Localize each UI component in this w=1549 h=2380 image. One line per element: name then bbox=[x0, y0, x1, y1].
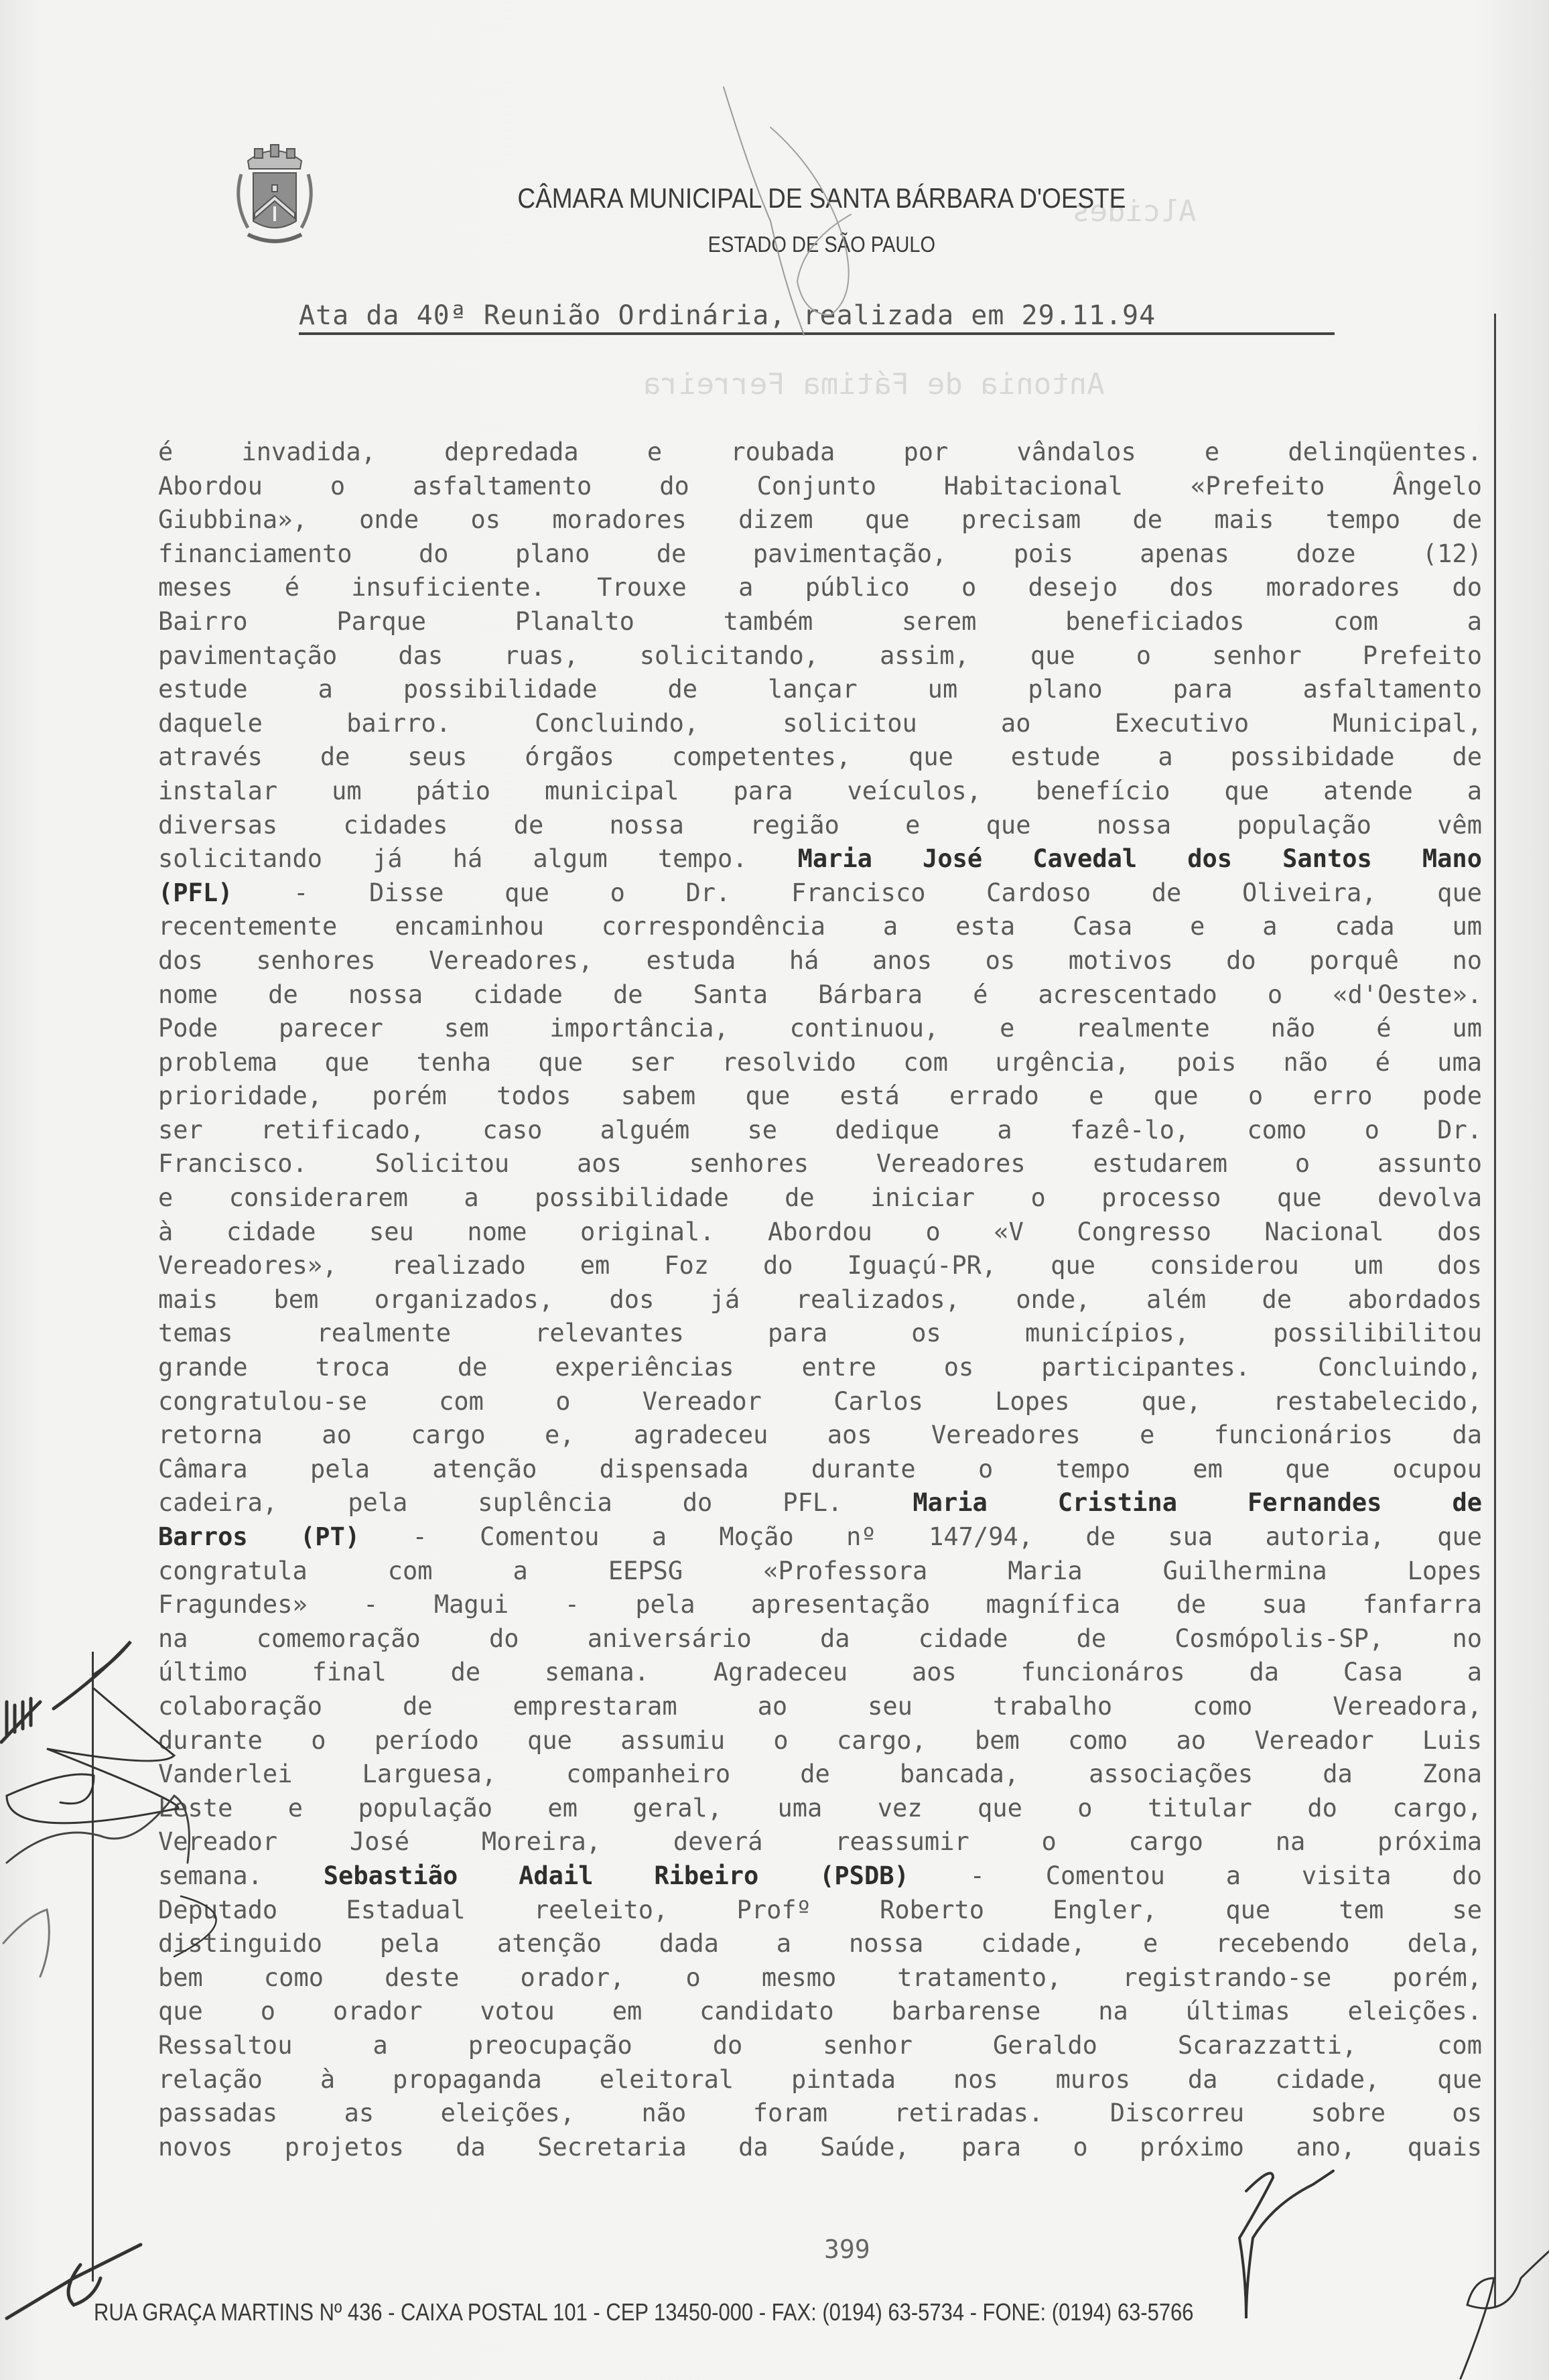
organization-name: CÂMARA MUNICIPAL DE SANTA BÁRBARA D'OEST… bbox=[93, 182, 1457, 214]
speaker-name: Sebastião Adail Ribeiro (PSDB) bbox=[324, 1861, 909, 1890]
text-line: é invadida, depredada e roubada por vând… bbox=[158, 436, 1482, 470]
text-line: meses é insuficiente. Trouxe a público o… bbox=[158, 571, 1482, 605]
text-line: bem como deste orador, o mesmo tratament… bbox=[158, 1961, 1482, 1995]
text-line: colaboração de emprestaram ao seu trabal… bbox=[158, 1690, 1482, 1724]
minutes-body: é invadida, depredada e roubada por vând… bbox=[158, 436, 1482, 2164]
text-line: estude a possibilidade de lançar um plan… bbox=[158, 673, 1482, 707]
text-line: Câmara pela atenção dispensada durante o… bbox=[158, 1453, 1482, 1487]
text-line: temas realmente relevantes para os munic… bbox=[158, 1317, 1482, 1351]
text-line: (PFL) - Disse que o Dr. Francisco Cardos… bbox=[158, 876, 1482, 911]
text-line: grande troca de experiências entre os pa… bbox=[158, 1351, 1482, 1385]
text-line: dos senhores Vereadores, estuda há anos … bbox=[158, 944, 1482, 978]
text-line: recentemente encaminhou correspondência … bbox=[158, 910, 1482, 944]
organization-state: ESTADO DE SÃO PAULO bbox=[93, 232, 1457, 257]
text-line: à cidade seu nome original. Abordou o «V… bbox=[158, 1215, 1482, 1250]
text-line: Vereador José Moreira, deverá reassumir … bbox=[158, 1825, 1482, 1859]
text-line: problema que tenha que ser resolvido com… bbox=[158, 1046, 1482, 1080]
document-title: Ata da 40ª Reunião Ordinária, realizada … bbox=[299, 300, 1335, 335]
text-line: durante o período que assumiu o cargo, b… bbox=[158, 1724, 1482, 1758]
speaker-name: Maria Cristina Fernandes de bbox=[913, 1488, 1482, 1517]
text-line: diversas cidades de nossa região e que n… bbox=[158, 809, 1482, 843]
text-line: novos projetos da Secretaria da Saúde, p… bbox=[158, 2131, 1482, 2165]
text-line: semana. Sebastião Adail Ribeiro (PSDB) -… bbox=[158, 1859, 1482, 1894]
text-line: Barros (PT) - Comentou a Moção nº 147/94… bbox=[158, 1520, 1482, 1555]
speaker-name: Barros (PT) bbox=[158, 1522, 360, 1551]
text-line: prioridade, porém todos sabem que está e… bbox=[158, 1079, 1482, 1114]
text-line: solicitando já há algum tempo. Maria Jos… bbox=[158, 842, 1482, 876]
text-line: Giubbina», onde os moradores dizem que p… bbox=[158, 503, 1482, 537]
text-line: daquele bairro. Concluindo, solicitou ao… bbox=[158, 707, 1482, 741]
text-line: cadeira, pela suplência do PFL. Maria Cr… bbox=[158, 1486, 1482, 1520]
text-line: ser retificado, caso alguém se dedique a… bbox=[158, 1114, 1482, 1148]
text-line: que o orador votou em candidato barbaren… bbox=[158, 1995, 1482, 2029]
text-line: congratula com a EEPSG «Professora Maria… bbox=[158, 1555, 1482, 1589]
text-line: retorna ao cargo e, agradeceu aos Veread… bbox=[158, 1418, 1482, 1453]
text-line: nome de nossa cidade de Santa Bárbara é … bbox=[158, 978, 1482, 1012]
text-line: na comemoração do aniversário da cidade … bbox=[158, 1622, 1482, 1656]
text-line: Bairro Parque Planalto também serem bene… bbox=[158, 605, 1482, 639]
margin-rule-right bbox=[1494, 314, 1496, 2307]
text-line: Fragundes» - Magui - pela apresentação m… bbox=[158, 1588, 1482, 1622]
text-line: pavimentação das ruas, solicitando, assi… bbox=[158, 639, 1482, 673]
margin-rule-left bbox=[92, 1652, 94, 2282]
text-line: Leste e população em geral, uma vez que … bbox=[158, 1792, 1482, 1826]
text-line: Deputado Estadual reeleito, Profº Robert… bbox=[158, 1894, 1482, 1928]
page-number: 399 bbox=[824, 2235, 870, 2264]
footer-address: RUA GRAÇA MARTINS Nº 436 - CAIXA POSTAL … bbox=[13, 2298, 1345, 2326]
text-line: Francisco. Solicitou aos senhores Veread… bbox=[158, 1147, 1482, 1181]
text-line: Pode parecer sem importância, continuou,… bbox=[158, 1012, 1482, 1046]
speaker-name: (PFL) bbox=[158, 878, 232, 907]
text-line: financiamento do plano de pavimentação, … bbox=[158, 537, 1482, 572]
text-line: através de seus órgãos competentes, que … bbox=[158, 740, 1482, 775]
text-line: mais bem organizados, dos já realizados,… bbox=[158, 1283, 1482, 1317]
speaker-name: Maria José Cavedal dos Santos Mano bbox=[798, 844, 1482, 873]
text-line: e considerarem a possibilidade de inicia… bbox=[158, 1181, 1482, 1215]
bleed-through-text: Antonia de Fátima Ferreira bbox=[643, 367, 1105, 401]
text-line: distinguido pela atenção dada a nossa ci… bbox=[158, 1927, 1482, 1961]
text-line: Abordou o asfaltamento do Conjunto Habit… bbox=[158, 470, 1482, 504]
text-line: Ressaltou a preocupação do senhor Gerald… bbox=[158, 2029, 1482, 2063]
text-line: passadas as eleições, não foram retirada… bbox=[158, 2097, 1482, 2131]
text-line: relação à propaganda eleitoral pintada n… bbox=[158, 2063, 1482, 2097]
text-line: Vereadores», realizado em Foz do Iguaçú-… bbox=[158, 1249, 1482, 1283]
text-line: último final de semana. Agradeceu aos fu… bbox=[158, 1656, 1482, 1690]
text-line: congratulou-se com o Vereador Carlos Lop… bbox=[158, 1385, 1482, 1419]
text-line: instalar um pátio municipal para veículo… bbox=[158, 775, 1482, 809]
text-line: Vanderlei Larguesa, companheiro de banca… bbox=[158, 1758, 1482, 1792]
